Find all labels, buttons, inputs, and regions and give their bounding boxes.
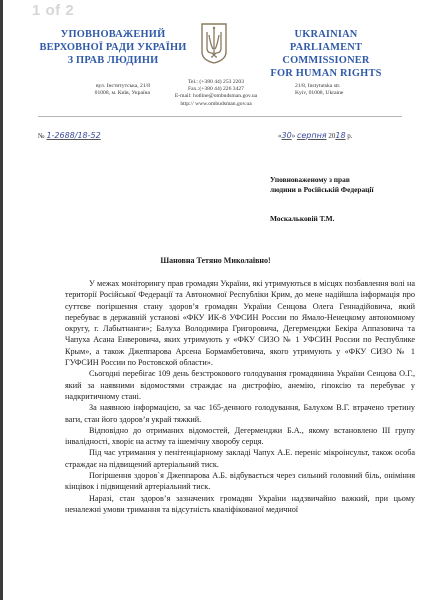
registration-date: «30» серпня 2018 р.: [278, 131, 353, 140]
addressee-name: Москальковій Т.М.: [270, 214, 335, 224]
body-paragraph: Відповідно до отриманих відомостей, Деге…: [65, 425, 415, 448]
date-year-suffix: 18: [335, 131, 345, 140]
addressee-organization: Уповноваженому з прав людини в Російські…: [270, 175, 374, 195]
addressee-line: Уповноваженому з прав: [270, 175, 374, 185]
registration-number: № 1-2688/18-52: [38, 131, 101, 140]
date-month: серпня: [297, 131, 327, 140]
letterhead-title-ua-line: УПОВНОВАЖЕНИЙ: [38, 28, 188, 41]
trident-coat-of-arms-icon: [200, 22, 228, 64]
address-en: 21/8, Instytutska str. Kyiv, 01008, Ukra…: [295, 83, 385, 97]
body-paragraph: Наразі, стан здоров’я зазначених громадя…: [65, 493, 415, 516]
letterhead-title-en: UKRAINIAN PARLIAMENT COMMISSIONER FOR HU…: [246, 28, 406, 80]
page-indicator: 1 of 2: [32, 2, 74, 19]
number-sign: №: [38, 132, 45, 140]
letterhead-title-ua-line: ВЕРХОВНОЇ РАДИ УКРАЇНИ: [38, 41, 188, 54]
letterhead-title-ua: УПОВНОВАЖЕНИЙ ВЕРХОВНОЇ РАДИ УКРАЇНИ З П…: [38, 28, 188, 67]
address-ua: вул. Інститутська, 21/8 01008, м. Київ, …: [78, 83, 150, 97]
address-en-line: Kyiv, 01008, Ukraine: [295, 90, 385, 97]
address-ua-line: 01008, м. Київ, Україна: [78, 90, 150, 97]
salutation: Шановна Тетяно Миколаївно!: [0, 256, 431, 265]
address-ua-line: вул. Інститутська, 21/8: [78, 83, 150, 90]
letterhead-title-ua-line: З ПРАВ ЛЮДИНИ: [38, 54, 188, 67]
date-suffix: р.: [347, 132, 352, 140]
fax-number: Fax.:(+380 44) 226 3427: [160, 86, 272, 93]
letterhead-title-en-line: PARLIAMENT COMMISSIONER: [246, 41, 406, 67]
body-paragraph: У межах моніторингу прав громадян Україн…: [65, 278, 415, 368]
page-left-border: [0, 0, 3, 600]
registration-number-value: 1-2688/18-52: [46, 131, 100, 140]
date-quote: »: [292, 132, 296, 140]
date-day: 30: [282, 131, 292, 140]
body-paragraph: За наявною інформацією, за час 165-денно…: [65, 402, 415, 425]
contact-block: Tel.: (+380 44) 253 2203 Fax.:(+380 44) …: [160, 79, 272, 108]
letterhead-title-en-line: UKRAINIAN: [246, 28, 406, 41]
addressee-line: людини в Російській Федерації: [270, 185, 374, 195]
email-address: E-mail: hotline@ombudsman.gov.ua: [160, 93, 272, 100]
letterhead-divider: [38, 116, 402, 117]
body-paragraph: Під час утримання у пенітенціарному закл…: [65, 447, 415, 470]
letter-body: У межах моніторингу прав громадян Україн…: [65, 278, 415, 515]
body-paragraph: Сьогодні перебігає 109 день безстроковог…: [65, 368, 415, 402]
body-paragraph: Погіршення здоров`я Джеппарова А.Б. відб…: [65, 470, 415, 493]
address-en-line: 21/8, Instytutska str.: [295, 83, 385, 90]
website-url: http:// www.ombudsman.gov.ua: [160, 101, 272, 108]
